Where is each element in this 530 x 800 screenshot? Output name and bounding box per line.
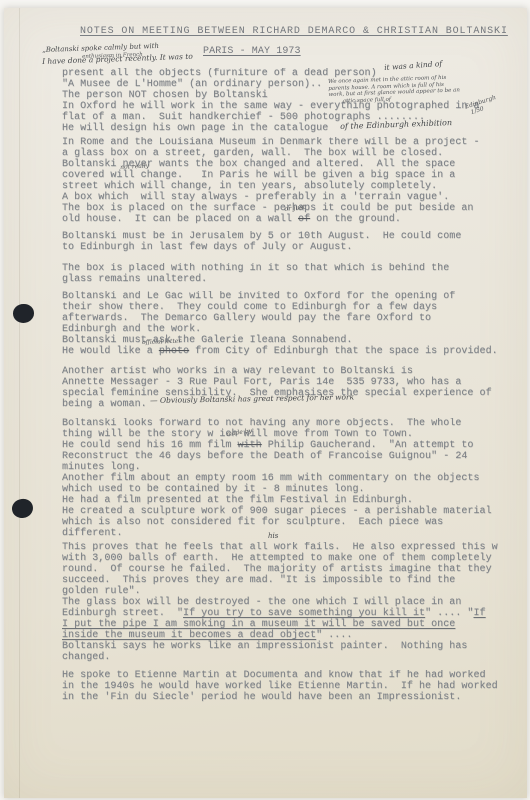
punch-hole-top [13, 304, 34, 323]
paragraph-films: Boltanski looks forward to not having an… [62, 418, 508, 539]
document-subtitle: PARIS - MAY 1973 [203, 46, 301, 57]
struck-word: of [298, 214, 310, 225]
paragraph-etienne-martin: He spoke to Etienne Martin at Documenta … [62, 670, 508, 703]
struck-word: photo [159, 346, 189, 357]
paragraph-annette-messager: Another artist who works in a way releva… [62, 366, 508, 410]
typed-segment: In Rome and the Louisiana Museum in Denm… [62, 137, 480, 225]
typed-segment: on the ground. [310, 214, 401, 225]
typed-segment: Philip Gaucherand. "An attempt to Recons… [62, 440, 492, 539]
handwritten-note-attic-room: We once again met in the attic room of h… [328, 74, 460, 105]
typed-segment: from City of Edinburgh that the space is… [189, 346, 498, 357]
fold-line [19, 8, 20, 798]
typed-segment: Boltanski must be in Jerusalem by 5 or 1… [62, 231, 461, 253]
typed-segment: " .... " [425, 608, 473, 619]
struck-word: with [237, 440, 261, 451]
paragraph-work-fails: This proves that he feels that all work … [62, 542, 508, 663]
paragraph-oxford-invite: Boltanski and Le Gac will be invited to … [62, 291, 508, 357]
typed-segment: He spoke to Etienne Martin at Documenta … [62, 670, 498, 703]
handwritten-note-his: his [268, 532, 278, 540]
scanned-document: NOTES ON MEETING BETWEEN RICHARD DEMARCO… [0, 0, 530, 800]
paragraph-box-empty: The box is placed with nothing in it so … [62, 263, 508, 285]
typed-segment: The box is placed with nothing in it so … [62, 263, 449, 285]
paragraph-jerusalem: Boltanski must be in Jerusalem by 5 or 1… [62, 231, 508, 253]
handwritten-note-official-letter: official letter [142, 339, 181, 347]
document-title: NOTES ON MEETING BETWEEN RICHARD DEMARCO… [80, 26, 508, 37]
underlined-quote: If you try to save something you kill it [183, 608, 425, 619]
